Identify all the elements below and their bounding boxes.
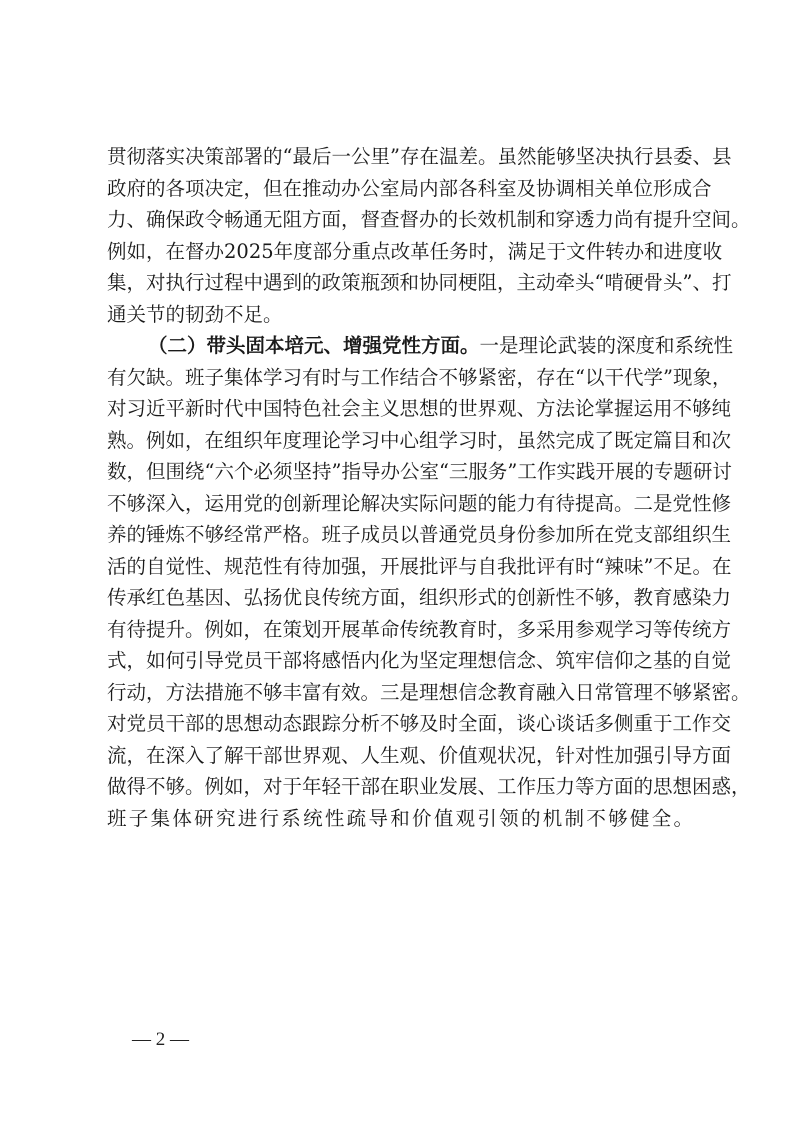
text-line [107,834,693,866]
page-number: — 2 — [132,1027,189,1053]
text-line: 式，如何引导党员干部将感悟内化为坚定理想信念、筑牢信仰之基的自觉 [107,645,693,677]
text-line: 力、确保政令畅通无阻方面，督查督办的长效机制和穿透力尚有提升空间。 [107,204,693,236]
text-line: 不够深入，运用党的创新理论解决实际问题的能力有待提高。二是党性修 [107,488,693,520]
text-line: 有欠缺。班子集体学习有时与工作结合不够紧密，存在“以干代学”现象， [107,362,693,394]
text-line: 传承红色基因、弘扬优良传统方面，组织形式的创新性不够，教育感染力 [107,582,693,614]
text-line: 对党员干部的思想动态跟踪分析不够及时全面，谈心谈话多侧重于工作交 [107,708,693,740]
text-line: 班子集体研究进行系统性疏导和价值观引领的机制不够健全。 [107,803,693,835]
document-page: 贯彻落实决策部署的“最后一公里”存在温差。虽然能够坚决执行县委、县 政府的各项决… [0,0,793,1122]
text-line: 例如，在督办2025年度部分重点改革任务时，满足于文件转办和进度收 [107,236,693,268]
text-line: 政府的各项决定，但在推动办公室局内部各科室及协调相关单位形成合 [107,173,693,205]
text-line: 熟。例如，在组织年度理论学习中心组学习时，虽然完成了既定篇目和次 [107,425,693,457]
paragraph-2: （二）带头固本培元、增强党性方面。一是理论武装的深度和系统性 有欠缺。班子集体学… [107,330,693,866]
text-line: 做得不够。例如，对于年轻干部在职业发展、工作压力等方面的思想困惑， [107,771,693,803]
text-line: 流，在深入了解干部世界观、人生观、价值观状况，针对性加强引导方面 [107,740,693,772]
text-run: 一是理论武装的深度和系统性 [480,334,734,357]
document-body: 贯彻落实决策部署的“最后一公里”存在温差。虽然能够坚决执行县委、县 政府的各项决… [107,141,693,866]
text-line: 集，对执行过程中遇到的政策瓶颈和协同梗阻，主动牵头“啃硬骨头”、打 [107,267,693,299]
text-line: 通关节的韧劲不足。 [107,299,693,331]
text-line: 活的自觉性、规范性有待加强，开展批评与自我批评有时“辣味”不足。在 [107,551,693,583]
text-line: 有待提升。例如，在策划开展革命传统教育时，多采用参观学习等传统方 [107,614,693,646]
section-heading: （二）带头固本培元、增强党性方面。 [148,334,480,357]
text-line: 行动，方法措施不够丰富有效。三是理想信念教育融入日常管理不够紧密。 [107,677,693,709]
text-line: 贯彻落实决策部署的“最后一公里”存在温差。虽然能够坚决执行县委、县 [107,141,693,173]
paragraph-1: 贯彻落实决策部署的“最后一公里”存在温差。虽然能够坚决执行县委、县 政府的各项决… [107,141,693,330]
section-heading-line: （二）带头固本培元、增强党性方面。一是理论武装的深度和系统性 [107,330,693,362]
text-line: 养的锤炼不够经常严格。班子成员以普通党员身份参加所在党支部组织生 [107,519,693,551]
text-line: 对习近平新时代中国特色社会主义思想的世界观、方法论掌握运用不够纯 [107,393,693,425]
text-line: 数，但围绕“六个必须坚持”指导办公室“三服务”工作实践开展的专题研讨 [107,456,693,488]
